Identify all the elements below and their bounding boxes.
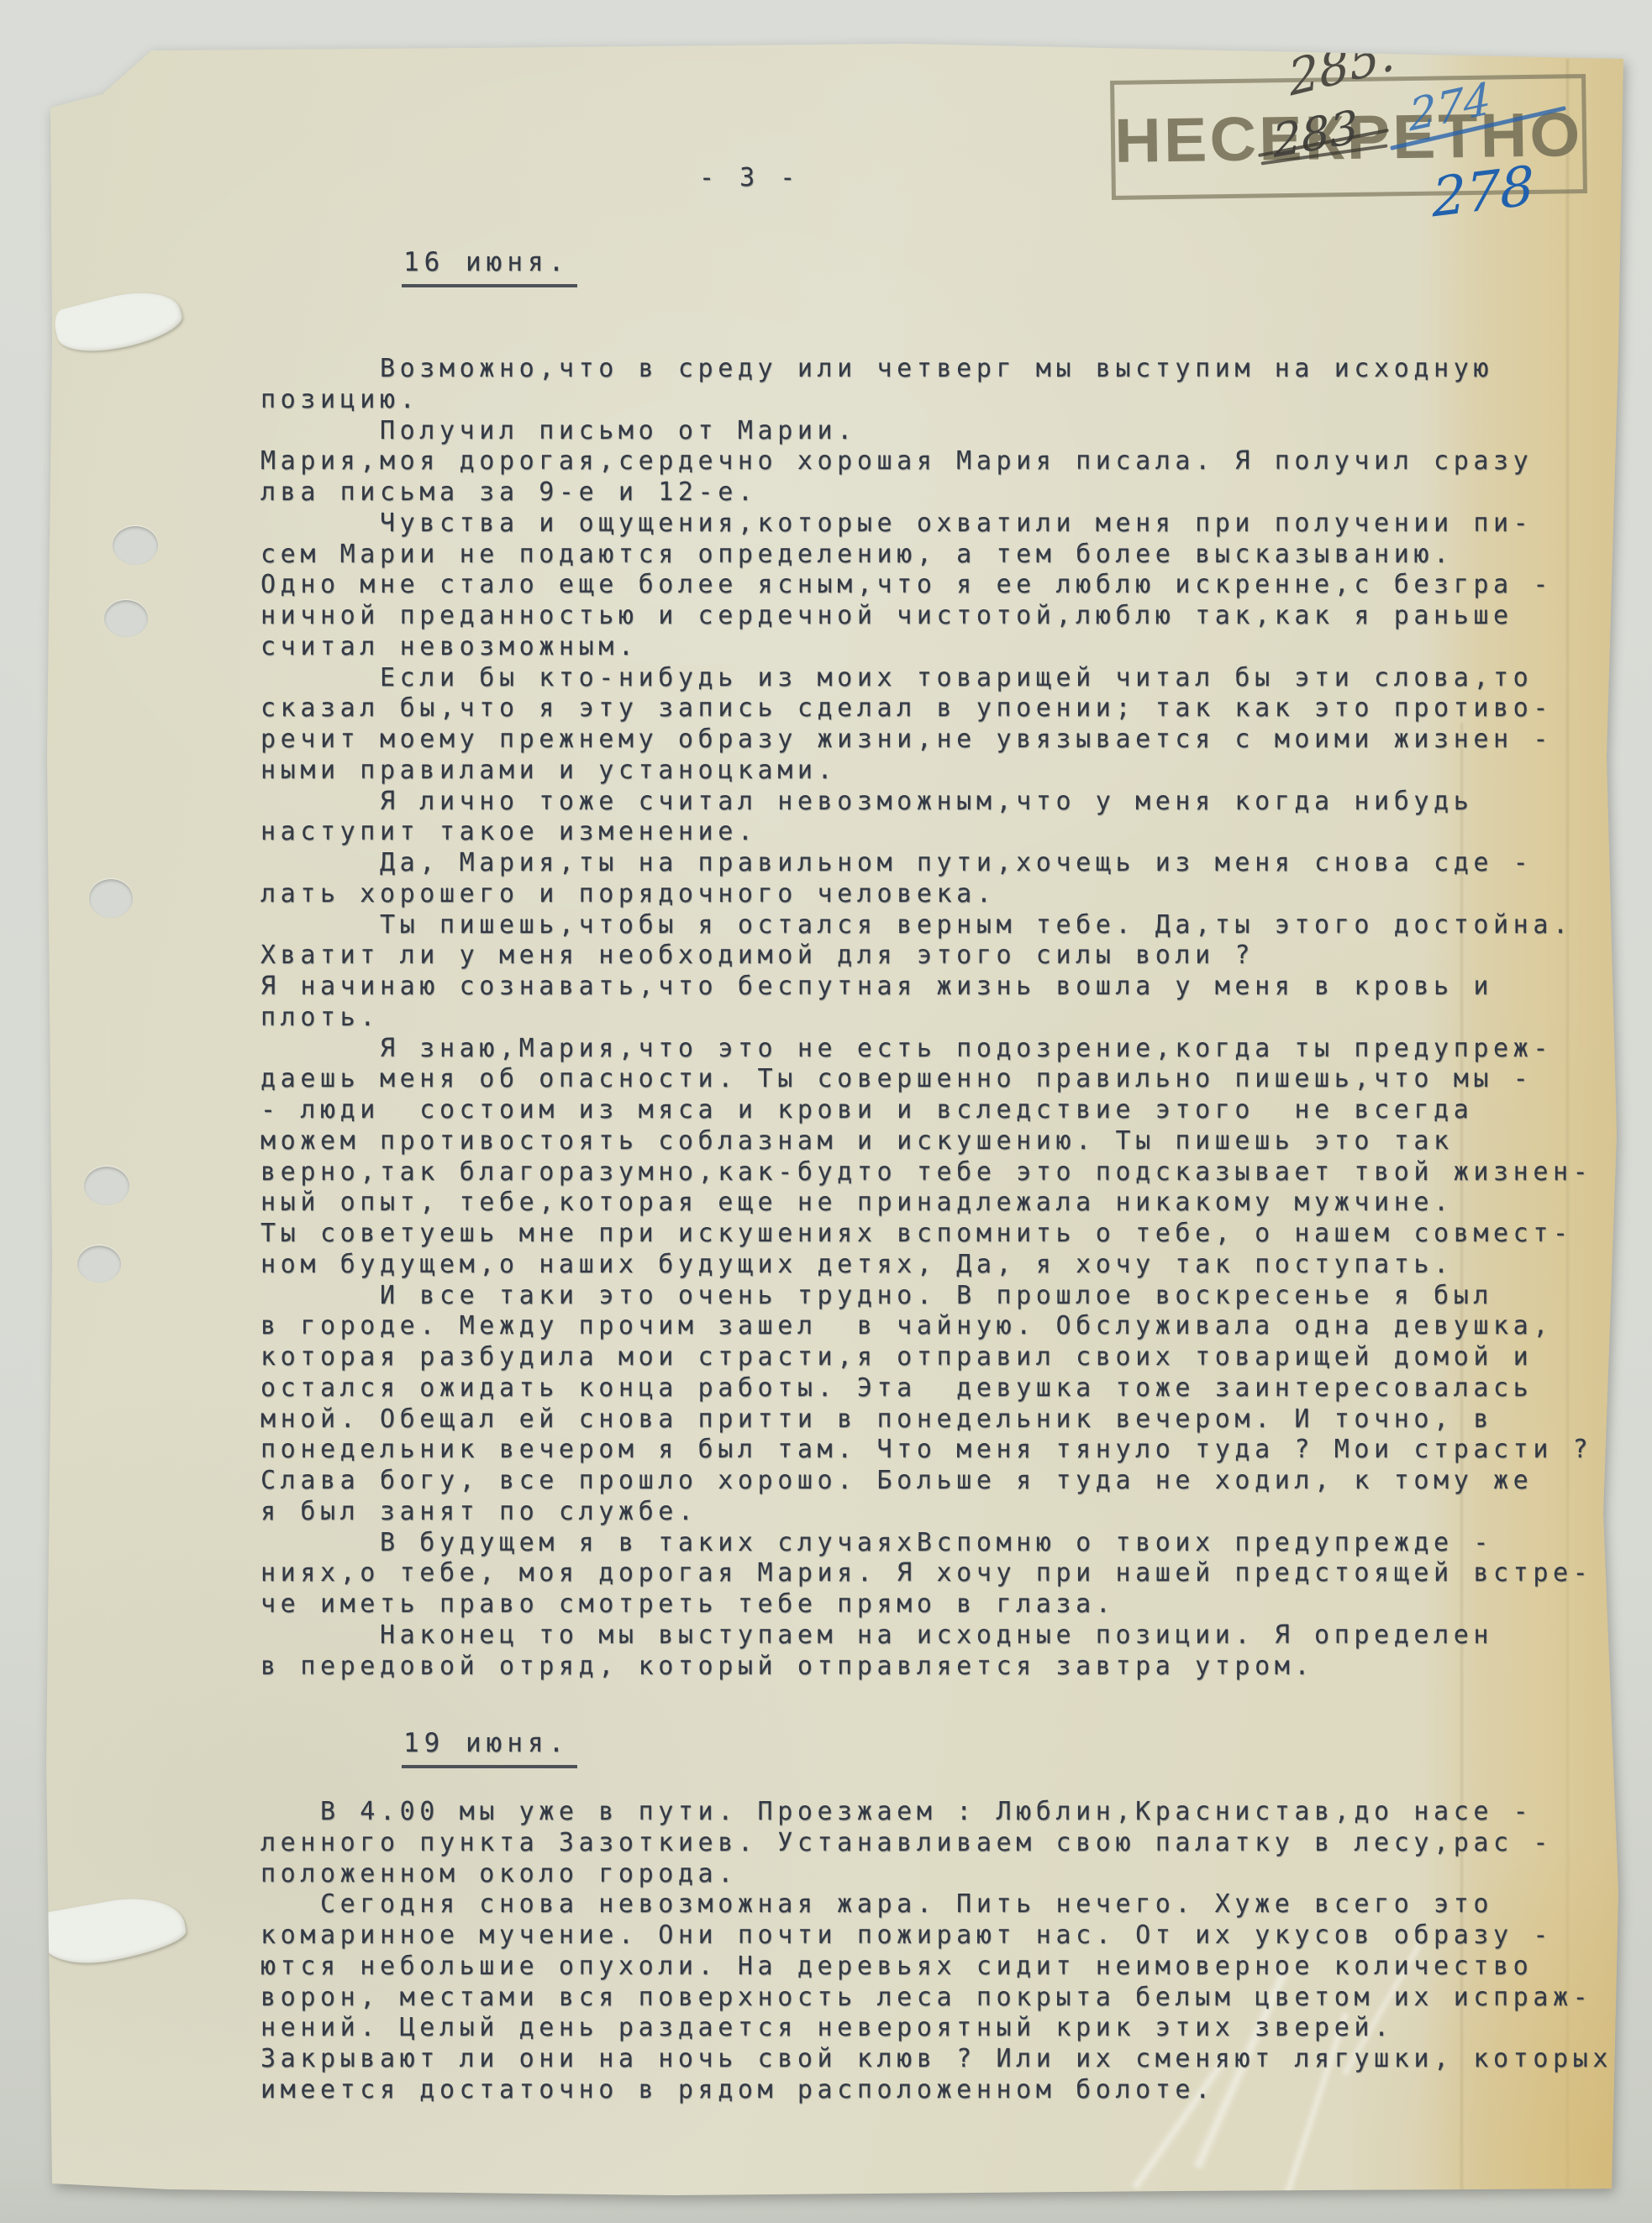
typed-line: Ты пишешь,чтобы я остался верным тебе. Д… (260, 910, 1592, 941)
typed-line: ворон, местами вся поверхность леса покр… (260, 1983, 1613, 2014)
typed-line: положенном около города. (260, 1859, 1613, 1890)
typed-line: Ты советуешь мне при искушениях вспомнит… (260, 1219, 1592, 1250)
typed-line: Если бы кто-нибудь из моих товарищей чит… (260, 663, 1592, 694)
punch-hole (113, 526, 158, 565)
typed-line: сем Марии не подаются определению, а тем… (260, 540, 1592, 571)
typed-line: ниях,о тебе, моя дорогая Мария. Я хочу п… (260, 1558, 1592, 1589)
typed-line: комаринное мучение. Они почти пожирают н… (260, 1920, 1613, 1952)
typed-line: Одно мне стало еще более ясным,что я ее … (260, 570, 1592, 601)
document-page: НЕСЕКРЕТНО 285. 283 274 278 - 3 - 16 июн… (0, 0, 1652, 2223)
pen-number: 278 (1432, 155, 1535, 229)
typed-line: верно,так благоразумно,как-будто тебе эт… (260, 1157, 1592, 1188)
typed-line: Сегодня снова невозможная жара. Пить неч… (260, 1889, 1613, 1920)
entry-date-19-june: 19 июня. (402, 1728, 577, 1768)
typed-line: можем противостоять соблазнам и искушени… (260, 1126, 1592, 1157)
typed-line: лва письма за 9-е и 12-е. (260, 477, 1592, 508)
typed-line: нений. Целый день раздается невероятный … (260, 2013, 1613, 2044)
typed-line: ются небольшие опухоли. На деревьях сиди… (260, 1952, 1613, 1983)
page-number: - 3 - (699, 163, 800, 192)
typed-line: понедельник вечером я был там. Что меня … (260, 1435, 1592, 1466)
typed-line: Слава богу, все прошло хорошо. Больше я … (260, 1466, 1592, 1497)
paper-shadow-wrap: НЕСЕКРЕТНО 285. 283 274 278 - 3 - 16 июн… (0, 0, 1652, 2223)
typed-line: Я начинаю сознавать,что беспутная жизнь … (260, 972, 1592, 1003)
punch-hole (77, 1246, 121, 1283)
typed-line: остался ожидать конца работы. Эта девушк… (260, 1373, 1592, 1404)
typed-line: В 4.00 мы уже в пути. Проезжаем : Люблин… (260, 1797, 1613, 1828)
punch-hole (89, 879, 133, 918)
typed-line: Да, Мария,ты на правильном пути,хочещь и… (260, 848, 1592, 879)
entry-lines-19-june: В 4.00 мы уже в пути. Проезжаем : Люблин… (260, 1797, 1613, 2106)
punch-hole (84, 1167, 129, 1205)
typed-line: Мария,моя дорогая,сердечно хорошая Мария… (260, 446, 1592, 477)
typed-line: сказал бы,что я эту запись сделал в упое… (260, 693, 1592, 724)
typed-line: И все таки это очень трудно. В прошлое в… (260, 1281, 1592, 1312)
typed-line: В будущем я в таких случаяхВспомню о тво… (260, 1528, 1592, 1559)
typed-line: даешь меня об опасности. Ты совершенно п… (260, 1064, 1592, 1095)
typed-line: речит моему прежнему образу жизни,не увя… (260, 724, 1592, 756)
typed-line: Возможно,что в среду или четверг мы выст… (260, 354, 1592, 385)
typed-line: позицию. (260, 385, 1592, 416)
typed-line: которая разбудила мои страсти,я отправил… (260, 1342, 1592, 1373)
typed-line: - люди состоим из мяса и крови и вследст… (260, 1095, 1592, 1126)
torn-flap-bottom (36, 1889, 189, 1973)
typed-line: ными правилами и устаноцками. (260, 756, 1592, 787)
typed-line: че иметь право смотреть тебе прямо в гла… (260, 1589, 1592, 1620)
entry-date-16-june: 16 июня. (402, 247, 577, 287)
typed-line: Чувства и ощущения,которые охватили меня… (260, 508, 1592, 540)
typed-line: имеется достаточно в рядом расположенном… (260, 2075, 1613, 2106)
typed-line: Хватит ли у меня необходимой для этого с… (260, 940, 1592, 972)
typed-line: ленного пункта Зазоткиев. Устанавливаем … (260, 1828, 1613, 1859)
typed-line: плоть. (260, 1003, 1592, 1034)
typed-line: мной. Обещал ей снова притти в понедельн… (260, 1404, 1592, 1435)
entry-lines-16-june: Возможно,что в среду или четверг мы выст… (260, 354, 1592, 1682)
typed-line: лать хорошего и порядочного человека. (260, 879, 1592, 910)
typed-line: ный опыт, тебе,которая еще не принадлежа… (260, 1188, 1592, 1219)
scanned-document: { "page": { "number_label": "- 3 -", "st… (0, 0, 1652, 2223)
torn-flap-top (51, 282, 187, 362)
typed-line: ном будущем,о наших будущих детях, Да, я… (260, 1250, 1592, 1281)
typed-line: Получил письмо от Марии. (260, 416, 1592, 447)
typed-line: я был занят по службе. (260, 1497, 1592, 1528)
typed-line: в передовой отряд, который отправляется … (260, 1651, 1592, 1683)
typed-line: Я лично тоже считал невозможным,что у ме… (260, 787, 1592, 818)
typed-line: считал невозможным. (260, 632, 1592, 663)
typed-line: Я знаю,Мария,что это не есть подозрение,… (260, 1034, 1592, 1065)
typed-line: Наконец то мы выступаем на исходные пози… (260, 1620, 1592, 1651)
typed-line: ничной преданностью и сердечной чистотой… (260, 601, 1592, 632)
typed-line: наступит такое изменение. (260, 817, 1592, 848)
punch-hole (104, 600, 148, 637)
typed-line: Закрывают ли они на ночь свой клюв ? Или… (260, 2044, 1613, 2075)
typed-line: в городе. Между прочим зашел в чайную. О… (260, 1311, 1592, 1342)
